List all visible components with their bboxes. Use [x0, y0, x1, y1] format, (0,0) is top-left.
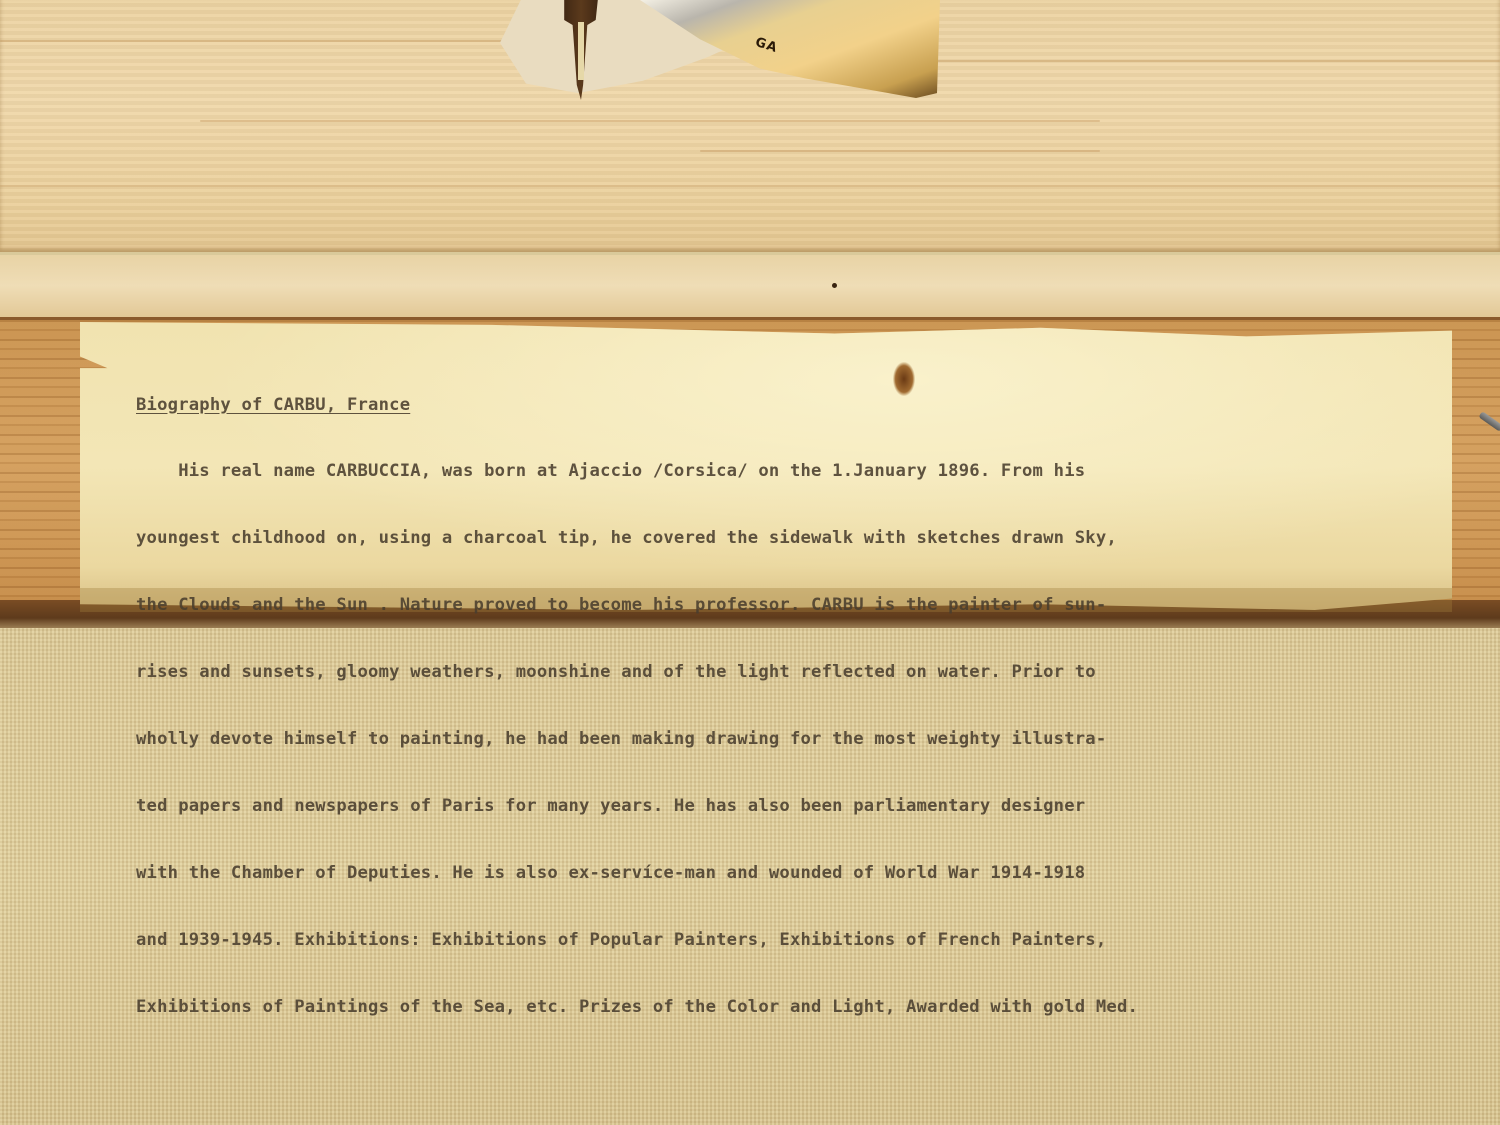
biography-title: Biography of CARBU, France — [136, 394, 410, 416]
biography-line: wholly devote himself to painting, he ha… — [136, 728, 1376, 750]
biography-text: Biography of CARBU, France His real name… — [136, 349, 1376, 1040]
biography-line: with the Chamber of Deputies. He is also… — [136, 862, 1376, 884]
wood-grain — [900, 60, 1500, 62]
biography-line: Exhibitions of Paintings of the Sea, etc… — [136, 996, 1376, 1018]
biography-line: and 1939-1945. Exhibitions: Exhibitions … — [136, 929, 1376, 951]
biography-line: ted papers and newspapers of Paris for m… — [136, 795, 1376, 817]
biography-line: rises and sunsets, gloomy weathers, moon… — [136, 661, 1376, 683]
biography-line: youngest childhood on, using a charcoal … — [136, 527, 1376, 549]
wood-grain — [200, 120, 1100, 122]
nail-hole — [832, 283, 837, 288]
middle-wood-strip — [0, 255, 1500, 321]
compass-emblem-highlight — [578, 22, 584, 80]
biography-line: the Clouds and the Sun . Nature proved t… — [136, 594, 1376, 616]
wood-grain — [0, 185, 1500, 187]
wood-grain — [700, 150, 1100, 152]
biography-line: His real name CARBUCCIA, was born at Aja… — [136, 460, 1376, 482]
